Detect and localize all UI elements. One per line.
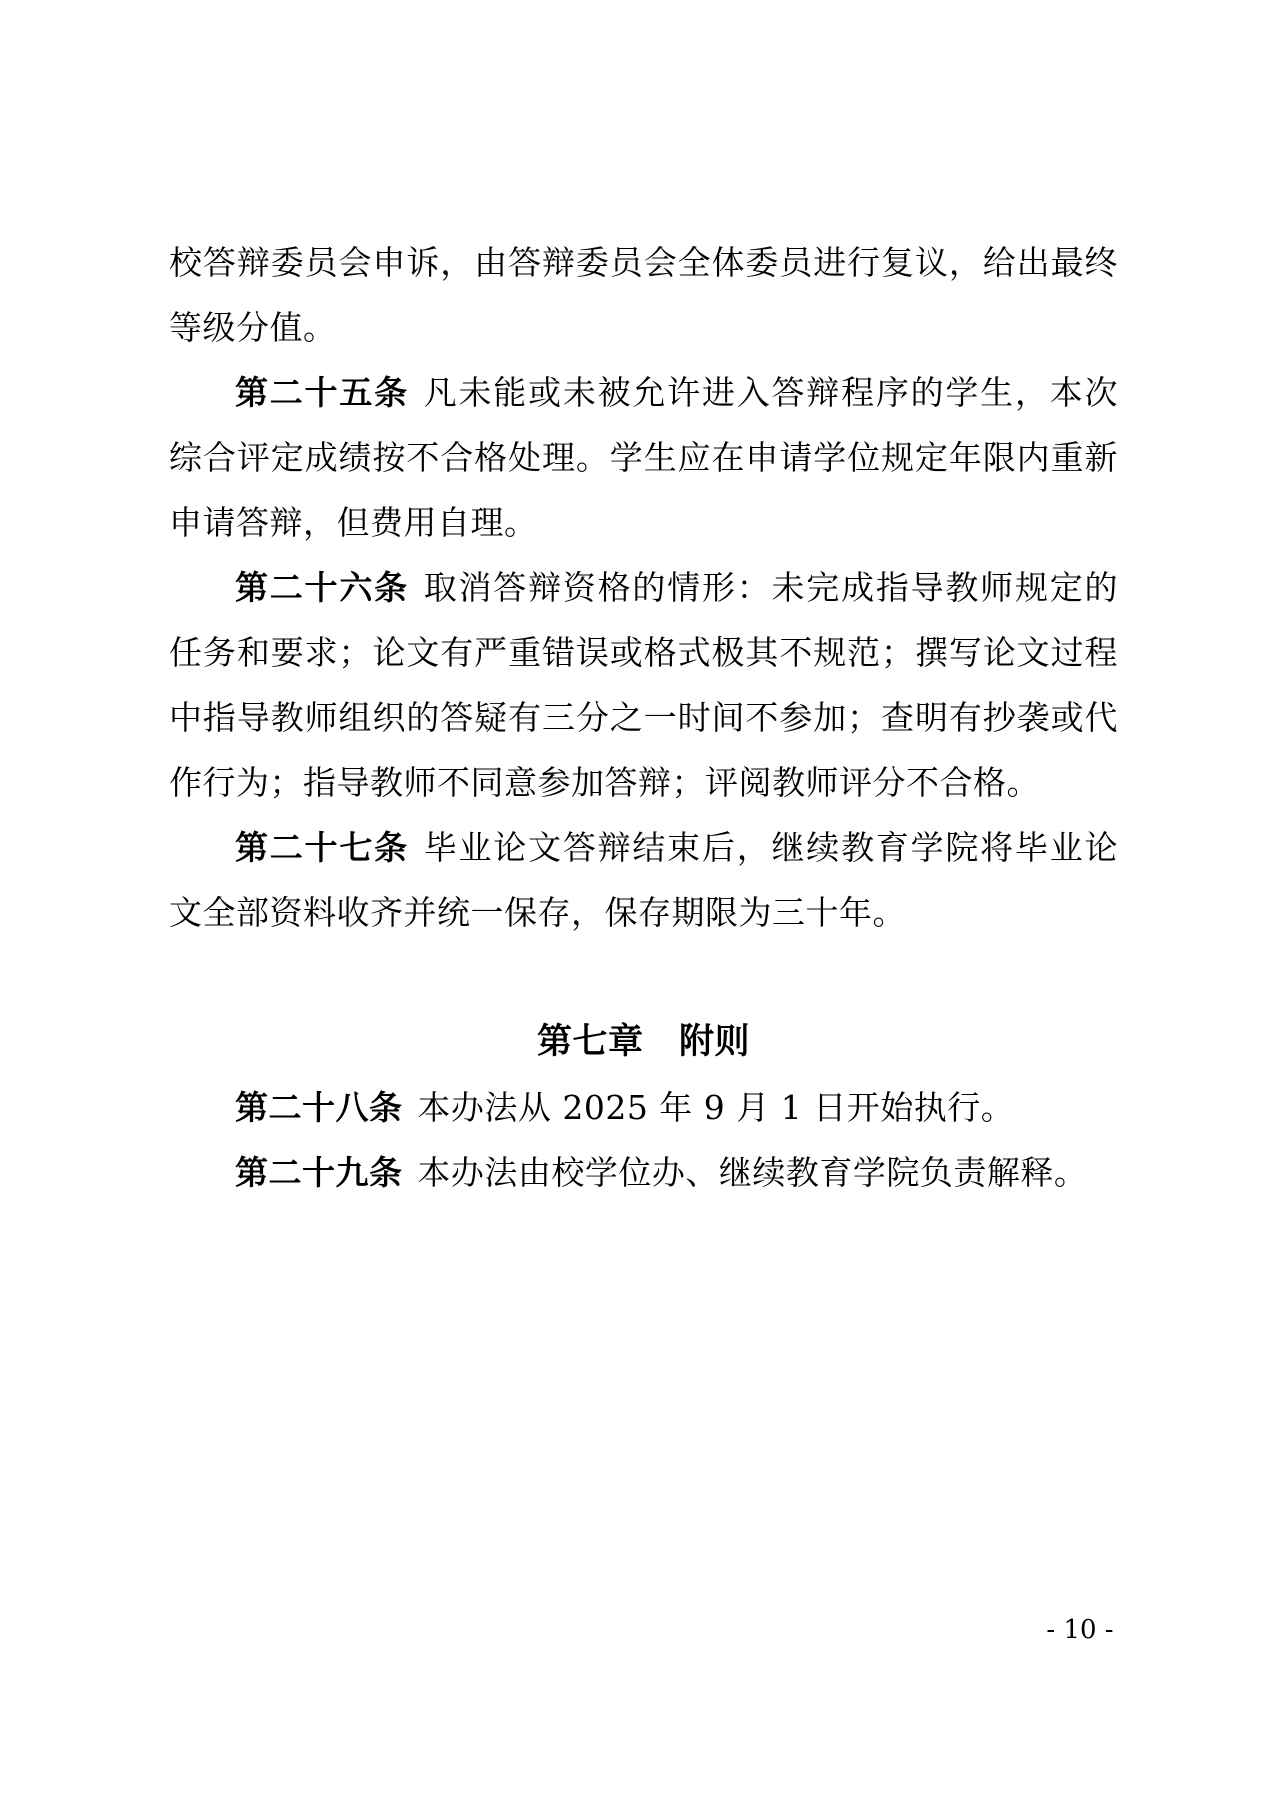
paragraph-article-25: 第二十五条凡未能或未被允许进入答辩程序的学生，本次综合评定成绩按不合格处理。学生… bbox=[169, 360, 1118, 555]
paragraph-continuation: 校答辩委员会申诉，由答辩委员会全体委员进行复议，给出最终等级分值。 bbox=[169, 230, 1118, 360]
article-number: 第二十七条 bbox=[235, 828, 409, 867]
document-page: 校答辩委员会申诉，由答辩委员会全体委员进行复议，给出最终等级分值。 第二十五条凡… bbox=[0, 0, 1273, 1800]
paragraph-article-28: 第二十八条本办法从 2025 年 9 月 1 日开始执行。 bbox=[169, 1075, 1118, 1140]
article-number: 第二十九条 bbox=[235, 1153, 403, 1192]
article-number: 第二十八条 bbox=[235, 1088, 403, 1127]
document-body: 校答辩委员会申诉，由答辩委员会全体委员进行复议，给出最终等级分值。 第二十五条凡… bbox=[169, 230, 1118, 1205]
paragraph-article-27: 第二十七条毕业论文答辩结束后，继续教育学院将毕业论文全部资料收齐并统一保存，保存… bbox=[169, 815, 1118, 945]
chapter-heading: 第七章 附则 bbox=[169, 1010, 1118, 1075]
article-number: 第二十六条 bbox=[235, 568, 409, 607]
paragraph-article-26: 第二十六条取消答辩资格的情形：未完成指导教师规定的任务和要求；论文有严重错误或格… bbox=[169, 555, 1118, 815]
paragraph-article-29: 第二十九条本办法由校学位办、继续教育学院负责解释。 bbox=[169, 1140, 1118, 1205]
paragraph-text: 校答辩委员会申诉，由答辩委员会全体委员进行复议，给出最终等级分值。 bbox=[169, 243, 1118, 347]
page-number: - 10 - bbox=[1038, 1615, 1122, 1645]
paragraph-text: 本办法由校学位办、继续教育学院负责解释。 bbox=[417, 1153, 1087, 1192]
paragraph-text: 本办法从 2025 年 9 月 1 日开始执行。 bbox=[417, 1088, 1014, 1127]
article-number: 第二十五条 bbox=[235, 373, 409, 412]
